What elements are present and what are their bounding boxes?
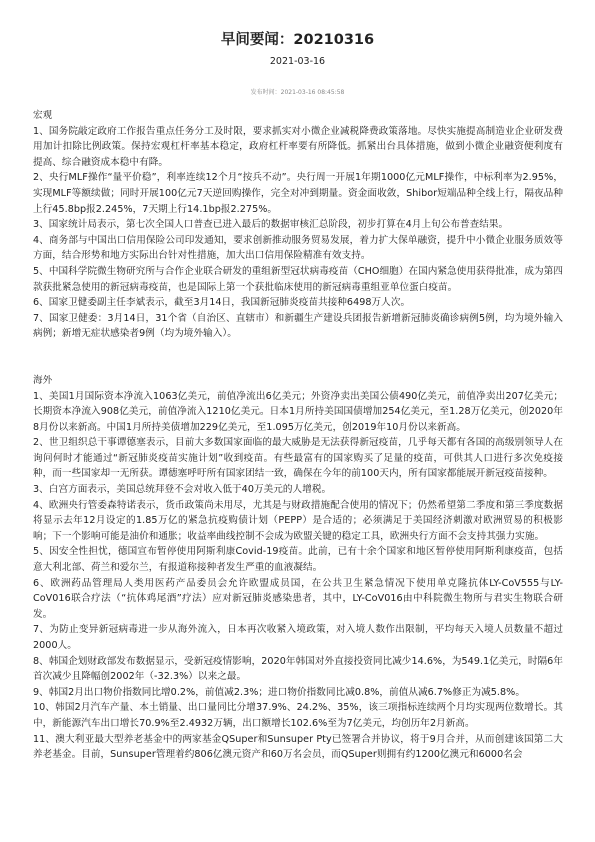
section-overseas: 海外 1、美国1月国际资本净流入1063亿美元，前值净流出6亿美元；外资净卖出美… (33, 373, 563, 763)
news-item: 2、央行MLF操作“量平价稳”，利率连续12个月“按兵不动”。央行周一开展1年期… (33, 170, 563, 217)
publish-time: 发布时间：2021-03-16 08:45:58 (0, 87, 595, 96)
news-item: 6、国家卫健委副主任李斌表示，截至3月14日，我国新冠肺炎疫苗共接种6498万人… (33, 295, 563, 311)
section-spacer (33, 342, 563, 373)
news-item: 2、世卫组织总干事谭德塞表示，目前大多数国家面临的最大威胁是无法获得新冠疫苗，几… (33, 435, 563, 482)
news-item: 8、韩国企划财政部发布数据显示，受新冠疫情影响，2020年韩国对外直接投资同比减… (33, 654, 563, 685)
news-item: 6、欧洲药品管理局人类用医药产品委员会允许欧盟成员国，在公共卫生紧急情况下使用单… (33, 576, 563, 623)
news-item: 1、美国1月国际资本净流入1063亿美元，前值净流出6亿美元；外资净卖出美国公债… (33, 389, 563, 436)
page-title: 早间要闻：20210316 (0, 28, 595, 49)
news-item: 1、国务院敲定政府工作报告重点任务分工及时限，要求抓实对小微企业减税降费政策落地… (33, 124, 563, 171)
section-macro: 宏观 1、国务院敲定政府工作报告重点任务分工及时限，要求抓实对小微企业减税降费政… (33, 108, 563, 342)
section-heading-macro: 宏观 (33, 108, 563, 124)
report-date: 2021-03-16 (0, 56, 595, 67)
news-item: 4、欧洲央行管委森特诺表示，货币政策尚未用尽，尤其是与财政措施配合使用的情况下；… (33, 498, 563, 545)
news-item: 3、国家统计局表示，第七次全国人口普查已进入最后的数据审核汇总阶段，初步打算在4… (33, 217, 563, 233)
news-item: 11、澳大利亚最大型养老基金中的两家基金QSuper和Sunsuper Pty已… (33, 732, 563, 763)
news-item: 3、白宫方面表示，美国总统拜登不会对收入低于40万美元的人增税。 (33, 482, 563, 498)
news-item: 9、韩国2月出口物价指数同比增0.2%，前值减2.3%；进口物价指数同比减0.8… (33, 685, 563, 701)
news-item: 7、国家卫健委：3月14日，31个省（自治区、直辖市）和新疆生产建设兵团报告新增… (33, 311, 563, 342)
document-page: 早间要闻：20210316 2021-03-16 发布时间：2021-03-16… (0, 0, 595, 842)
news-item: 5、中国科学院微生物研究所与合作企业联合研发的重组新型冠状病毒疫苗（CHO细胞）… (33, 264, 563, 295)
news-item: 4、商务部与中国出口信用保险公司印发通知，要求创新推动服务贸易发展，着力扩大保单… (33, 233, 563, 264)
news-item: 10、韩国2月汽车产量、本土销量、出口量同比分增37.9%、24.2%、35%，… (33, 700, 563, 731)
article-body: 宏观 1、国务院敲定政府工作报告重点任务分工及时限，要求抓实对小微企业减税降费政… (33, 108, 563, 763)
news-item: 7、为防止变异新冠病毒进一步从海外流入，日本再次收紧入境政策，对入境人数作出限制… (33, 622, 563, 653)
news-item: 5、因安全性担忧，德国宣布暂停使用阿斯利康Covid-19疫苗。此前，已有十余个… (33, 544, 563, 575)
section-heading-overseas: 海外 (33, 373, 563, 389)
